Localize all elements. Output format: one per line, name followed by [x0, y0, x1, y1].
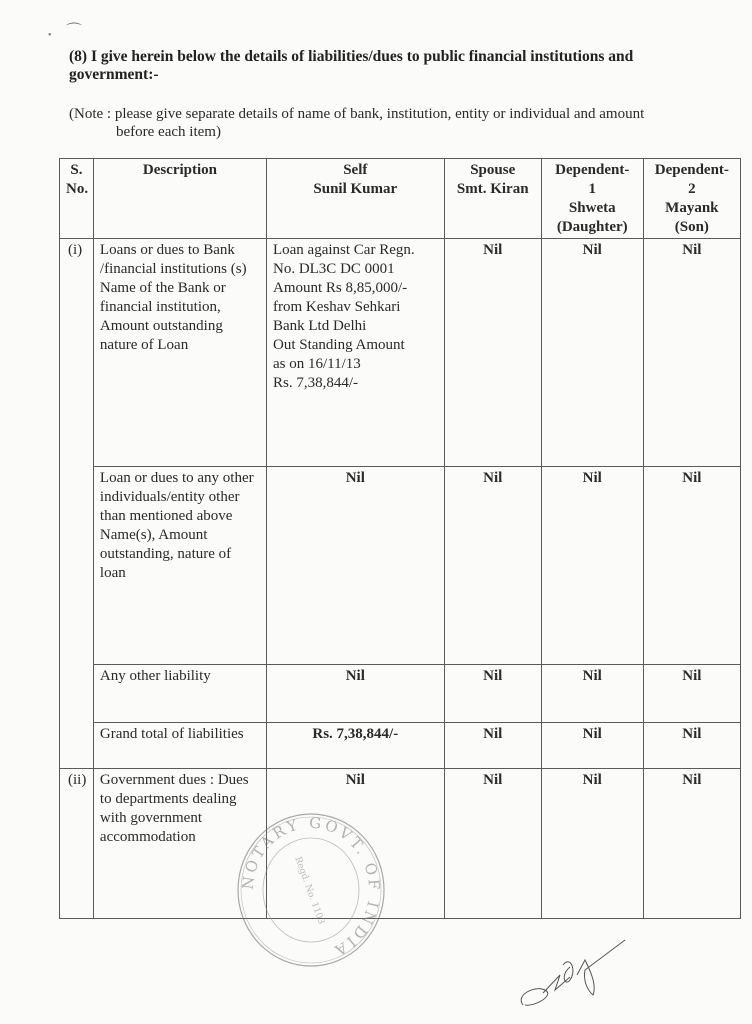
row-self-value: Rs. 7,38,844/-: [266, 723, 444, 769]
note-line-1: (Note : please give separate details of …: [69, 106, 644, 122]
row-dependent-1-value: Nil: [541, 239, 643, 467]
scan-speck: •: [48, 30, 52, 41]
row-spouse-value: Nil: [444, 665, 541, 723]
row-sno: [60, 467, 94, 665]
signature-icon: [515, 935, 635, 1015]
liabilities-table: S. No. Description Self Sunil Kumar Spou…: [59, 158, 741, 919]
row-dependent-1-value: Nil: [541, 467, 643, 665]
header-spouse: Spouse Smt. Kiran: [444, 159, 541, 239]
scan-mark: ⌒: [66, 18, 82, 41]
section-note: (Note : please give separate details of …: [69, 106, 729, 141]
row-dependent-2-value: Nil: [643, 665, 740, 723]
header-self: Self Sunil Kumar: [266, 159, 444, 239]
row-dependent-1-value: Nil: [541, 769, 643, 919]
table-row: Grand total of liabilities Rs. 7,38,844/…: [60, 723, 741, 769]
header-dependent-2: Dependent- 2 Mayank (Son): [643, 159, 740, 239]
section-heading: (8) I give herein below the details of l…: [69, 48, 709, 84]
row-self-value: Nil: [266, 467, 444, 665]
note-line-2: before each item): [69, 124, 729, 142]
table-row: (i) Loans or dues to Bank /financial ins…: [60, 239, 741, 467]
table-row: (ii) Government dues : Dues to departmen…: [60, 769, 741, 919]
row-sno: [60, 723, 94, 769]
row-spouse-value: Nil: [444, 239, 541, 467]
row-sno: (i): [60, 239, 94, 467]
table-row: Loan or dues to any other individuals/en…: [60, 467, 741, 665]
header-sno: S. No.: [60, 159, 94, 239]
row-spouse-value: Nil: [444, 723, 541, 769]
row-dependent-2-value: Nil: [643, 769, 740, 919]
row-spouse-value: Nil: [444, 467, 541, 665]
row-spouse-value: Nil: [444, 769, 541, 919]
header-description: Description: [93, 159, 266, 239]
table-row: Any other liability Nil Nil Nil Nil: [60, 665, 741, 723]
row-dependent-2-value: Nil: [643, 467, 740, 665]
row-dependent-2-value: Nil: [643, 239, 740, 467]
row-description: Any other liability: [93, 665, 266, 723]
row-self-value: Nil: [266, 769, 444, 919]
row-description: Grand total of liabilities: [93, 723, 266, 769]
header-dependent-1: Dependent- 1 Shweta (Daughter): [541, 159, 643, 239]
row-description: Government dues : Dues to departments de…: [93, 769, 266, 919]
row-sno: [60, 665, 94, 723]
row-dependent-1-value: Nil: [541, 665, 643, 723]
row-description: Loans or dues to Bank /financial institu…: [93, 239, 266, 467]
row-sno: (ii): [60, 769, 94, 919]
row-dependent-2-value: Nil: [643, 723, 740, 769]
table-header-row: S. No. Description Self Sunil Kumar Spou…: [60, 159, 741, 239]
row-description: Loan or dues to any other individuals/en…: [93, 467, 266, 665]
row-dependent-1-value: Nil: [541, 723, 643, 769]
row-self-value: Loan against Car Regn. No. DL3C DC 0001 …: [266, 239, 444, 467]
row-self-value: Nil: [266, 665, 444, 723]
